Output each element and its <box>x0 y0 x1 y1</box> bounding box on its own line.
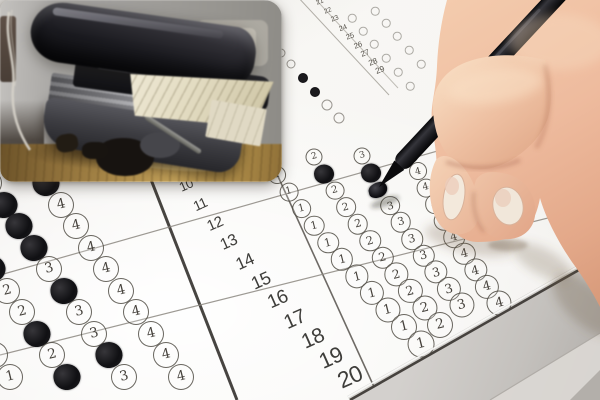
inset-photo-scanner <box>0 0 282 182</box>
machine-foot <box>82 142 108 159</box>
inset-content <box>0 0 282 182</box>
scanner-machine <box>22 6 274 176</box>
photo-scene: 1011121314151617181920123414124123412341… <box>0 0 600 400</box>
machine-foot <box>55 132 80 154</box>
